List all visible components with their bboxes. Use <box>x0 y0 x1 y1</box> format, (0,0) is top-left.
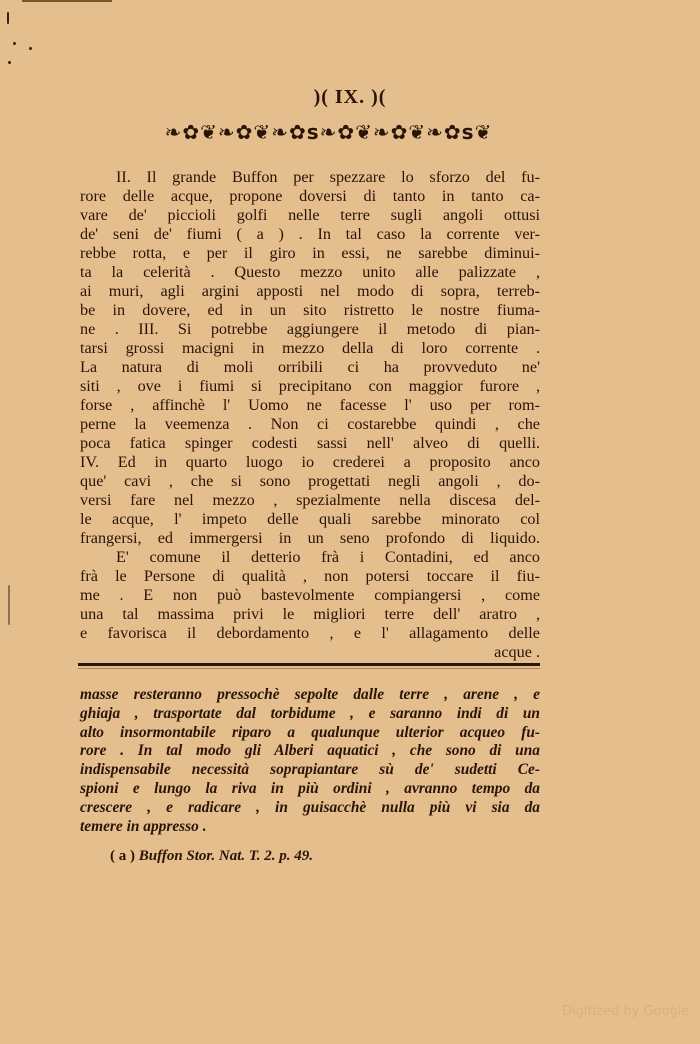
note-line: masse resteranno pressochè sepolte dalle… <box>80 686 540 705</box>
text-line: vare de' piccioli golfi nelle terre sugl… <box>80 206 540 225</box>
section-divider-shadow <box>78 668 540 669</box>
text-line: versi fare nel mezzo , spezialmente nell… <box>80 491 540 510</box>
text-line: e favorisca il debordamento , e l' allag… <box>80 624 540 643</box>
speck <box>7 12 9 24</box>
watermark: Digitized by Google <box>562 1004 689 1019</box>
text-line: IV. Ed in quarto luogo io crederei a pro… <box>80 453 540 472</box>
text-line: siti , ove i fiumi si precipitano con ma… <box>80 377 540 396</box>
text-line: frà le Persone di qualità , non potersi … <box>80 567 540 586</box>
text-line: La natura di moli orribili ci ha provved… <box>80 358 540 377</box>
text-line: rebbe rotta, e per il giro in essi, ne s… <box>80 244 540 263</box>
page-header: )( IX. )( <box>0 86 700 109</box>
text-line: ta la celerità . Questo mezzo unito alle… <box>80 263 540 282</box>
section-divider <box>78 663 540 666</box>
decorative-ornament-band: ❧✿❦❧✿❦❧✿s❧✿❦❧✿❦❧✿s❦ <box>116 120 541 146</box>
note-line: alto insormontabile riparo a qualunque u… <box>80 724 540 743</box>
speck <box>29 47 32 50</box>
note-text-block: masse resteranno pressochè sepolte dalle… <box>80 686 540 836</box>
footnote-marker: ( a ) <box>110 848 135 864</box>
footnote-citation: Buffon Stor. Nat. T. 2. p. 49. <box>139 848 313 864</box>
text-line: forse , affinchè l' Uomo ne facesse l' u… <box>80 396 540 415</box>
text-line: ai muri, agli argini apposti nel modo di… <box>80 282 540 301</box>
text-line: be in dovere, ed in un sito ristretto le… <box>80 301 540 320</box>
text-line: frangersi, ed immergersi in un seno prof… <box>80 529 540 548</box>
text-line: II. Il grande Buffon per spezzare lo sfo… <box>80 168 540 187</box>
speck <box>8 61 11 64</box>
note-line: indispensabile necessità soprapiantare s… <box>80 761 540 780</box>
note-line: temere in appresso . <box>80 818 540 837</box>
page-edge-mark <box>22 0 112 2</box>
text-line: una tal massima privi le migliori terre … <box>80 605 540 624</box>
note-line: rore . In tal modo gli Alberi aquatici ,… <box>80 742 540 761</box>
note-line: crescere , e radicare , in guisacchè nul… <box>80 799 540 818</box>
note-line: ghiaja , trasportate dal torbidume , e s… <box>80 705 540 724</box>
text-line: que' cavi , che si sono progettati negli… <box>80 472 540 491</box>
text-line: acque . <box>80 643 540 662</box>
text-line: poca fatica spinger codesti sassi nell' … <box>80 434 540 453</box>
speck <box>8 585 10 625</box>
main-text-block: II. Il grande Buffon per spezzare lo sfo… <box>80 168 540 662</box>
footnote: ( a ) Buffon Stor. Nat. T. 2. p. 49. <box>110 848 313 865</box>
text-line: de' seni de' fiumi ( a ) . In tal caso l… <box>80 225 540 244</box>
speck <box>13 42 16 45</box>
text-line: rore delle acque, propone doversi di tan… <box>80 187 540 206</box>
text-line: me . E non può bastevolmente compiangers… <box>80 586 540 605</box>
text-line: le acque, l' impeto delle quali sarebbe … <box>80 510 540 529</box>
note-line: spioni e lungo la riva in più ordini , a… <box>80 780 540 799</box>
text-line: ne . III. Si potrebbe aggiungere il meto… <box>80 320 540 339</box>
text-line: perne la veemenza . Non ci costarebbe qu… <box>80 415 540 434</box>
text-line: E' comune il detterio frà i Contadini, e… <box>80 548 540 567</box>
text-line: tarsi grossi macigni in mezzo della di l… <box>80 339 540 358</box>
